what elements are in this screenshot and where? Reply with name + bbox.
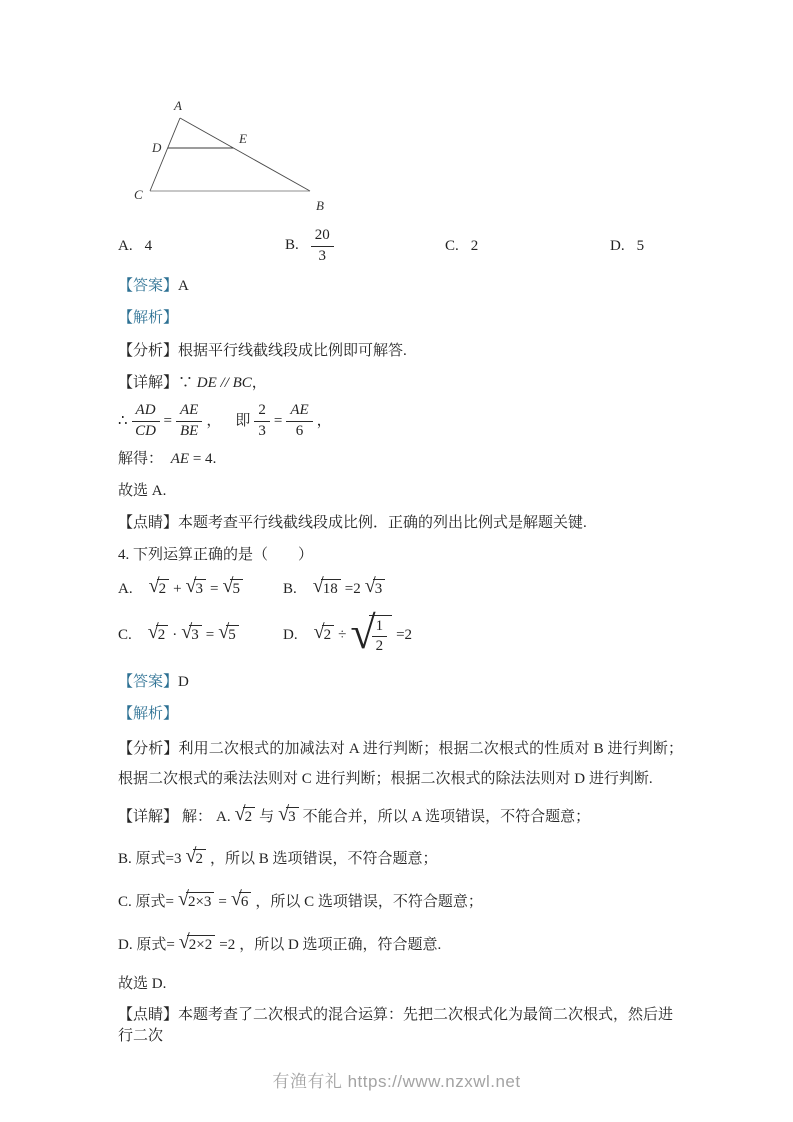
- fraction-denominator: 3: [254, 422, 270, 440]
- radical-sign: √: [223, 576, 234, 596]
- sqrt-2x3: √2×3: [178, 892, 214, 912]
- sqrt-5: √5: [223, 579, 243, 599]
- q3-option-d-label: D.: [610, 238, 625, 254]
- vertex-label-E: E: [238, 131, 247, 146]
- radical-sign: √: [181, 622, 192, 642]
- q4-guxuan-text: 故选 D.: [118, 976, 166, 992]
- sqrt-2: √2: [148, 625, 168, 645]
- fraction-AD-CD: ADCD: [132, 402, 160, 440]
- radical-sign: √: [179, 932, 190, 952]
- sqrt-3: √3: [186, 579, 206, 599]
- q3-option-b: B.203: [285, 227, 445, 265]
- q4-jiexi-line: 【解析】: [118, 704, 683, 724]
- q4-detail-d-pre: D. 原式=: [118, 935, 175, 955]
- jiexi-tag: 【解析】: [118, 310, 178, 326]
- q4-option-b-label: B.: [283, 581, 297, 598]
- radical-sign: √: [314, 622, 325, 642]
- because-symbol: ∵: [178, 375, 193, 391]
- q3-dianjing-text: 【点睛】本题考查平行线截线段成比例．正确的列出比例式是解题关键.: [118, 515, 587, 531]
- sqrt-6: √6: [231, 892, 251, 912]
- site-footer: 有渔有礼 https://www.nzxwl.net: [0, 1067, 793, 1092]
- q3-answer-line: 【答案】A: [118, 276, 683, 296]
- q4-detail-d-rest: ，所以 D 选项正确，符合题意.: [239, 935, 441, 955]
- sqrt-2: √2: [314, 625, 334, 645]
- q4-detail-c-line: C. 原式= √2×3 = √6 ，所以 C 选项错误，不符合题意；: [118, 888, 683, 916]
- jie-text: 解：: [182, 807, 212, 827]
- fraction-denominator: 6: [286, 422, 312, 440]
- period: .: [213, 451, 217, 467]
- q3-option-a-value: 4: [145, 238, 153, 254]
- q3-dianjing-line: 【点睛】本题考查平行线截线段成比例．正确的列出比例式是解题关键.: [118, 513, 683, 533]
- solve-variable: AE: [171, 451, 189, 467]
- q3-solve-line: 解得： AE = 4.: [118, 449, 683, 469]
- radical-sign: √: [218, 622, 229, 642]
- radicand: 2×3: [186, 892, 214, 911]
- radical-sign: √: [365, 576, 376, 596]
- q3-answer-value: A: [178, 278, 189, 294]
- jiede-text: 解得：: [118, 451, 163, 467]
- jiexi-tag: 【解析】: [118, 706, 178, 722]
- sqrt-3: √3: [278, 807, 298, 827]
- answer-tag: 【答案】: [118, 278, 178, 294]
- q4-option-b: B. √18 =2 √3: [283, 579, 683, 599]
- yu-text: 与: [259, 807, 274, 827]
- q3-option-c-label: C.: [445, 238, 459, 254]
- q4-option-a-label: A.: [118, 581, 133, 598]
- page-content: A D E C B A.4 B.203 C.2 D.5 【答案】A: [0, 0, 793, 1046]
- edge-AB: [180, 118, 310, 191]
- equals-sign: =: [218, 892, 226, 912]
- q4-option-c-label: C.: [118, 627, 132, 644]
- sqrt-2: √2: [185, 849, 205, 869]
- q4-option-c: C. √2 · √3 = √5: [118, 625, 283, 645]
- q3-fenxi-line: 【分析】根据平行线截线段成比例即可解答.: [118, 341, 683, 361]
- q3-option-c-value: 2: [471, 238, 479, 254]
- ji-text: 即: [235, 411, 250, 431]
- radical-sign: √: [278, 804, 289, 824]
- radical-sign: √: [185, 846, 196, 866]
- q3-option-b-label: B.: [285, 237, 299, 253]
- divide-sign: ÷: [338, 627, 346, 644]
- q4-guxuan-line: 故选 D.: [118, 974, 683, 994]
- fraction-denominator: CD: [132, 422, 160, 440]
- sqrt-2: √2: [235, 807, 255, 827]
- plus-sign: +: [173, 581, 181, 598]
- equals-sign: =: [210, 581, 218, 598]
- option-a-ref: A.: [216, 807, 231, 827]
- q4-title: 4. 下列运算正确的是（ ）: [118, 545, 683, 565]
- vertex-label-D: D: [151, 140, 162, 155]
- vertex-label-C: C: [134, 187, 143, 202]
- fraction-AE-BE: AEBE: [176, 402, 202, 440]
- radicand: 2×2: [187, 935, 215, 954]
- fraction-numerator: AD: [132, 402, 160, 421]
- q4-option-d-label: D.: [283, 627, 298, 644]
- radical-sign: √: [148, 622, 159, 642]
- q3-options-row: A.4 B.203 C.2 D.5: [118, 226, 683, 266]
- q4-title-text: 4. 下列运算正确的是（ ）: [118, 547, 313, 563]
- q3-condition: DE // BC: [197, 375, 252, 391]
- fraction-AE-6: AE6: [286, 402, 312, 440]
- q4-detail-d-line: D. 原式= √2×2 =2 ，所以 D 选项正确，符合题意.: [118, 930, 683, 960]
- q4-detail-a-rest: 不能合并，所以 A 选项错误，不符合题意；: [303, 807, 591, 827]
- q4-fenxi-paragraph: 【分析】利用二次根式的加减法对 A 进行判断；根据二次根式的性质对 B 进行判断…: [118, 734, 683, 794]
- q3-xiangjie-line: 【详解】∵ DE // BC，: [118, 373, 683, 393]
- equals-2: =2: [219, 935, 235, 955]
- sqrt-2: √2: [149, 579, 169, 599]
- q4-detail-c-pre: C. 原式=: [118, 892, 174, 912]
- comma: ，: [317, 411, 332, 431]
- q3-option-a: A.4: [118, 238, 285, 255]
- q4-options-grid: A. √2 + √3 = √5 B. √18 =2 √3 C. √2 · √3 …: [118, 579, 683, 656]
- q3-option-a-label: A.: [118, 238, 133, 254]
- equals-sign: =: [164, 411, 172, 431]
- sqrt-5: √5: [218, 625, 238, 645]
- vertex-label-B: B: [316, 198, 324, 213]
- triangle-svg: A D E C B: [130, 96, 342, 216]
- q4-option-a: A. √2 + √3 = √5: [118, 579, 283, 599]
- solve-value: = 4: [193, 451, 213, 467]
- vertex-label-A: A: [173, 98, 182, 113]
- q4-answer-value: D: [178, 674, 189, 690]
- q4-option-d: D. √2 ÷ √12 =2: [283, 615, 683, 656]
- fraction-numerator: AE: [286, 402, 312, 421]
- radical-sign: √: [149, 576, 160, 596]
- xiangjie-tag: 【详解】: [118, 375, 178, 391]
- q4-answer-line: 【答案】D: [118, 672, 683, 692]
- q3-option-d-value: 5: [637, 238, 645, 254]
- q3-proportion-line: ∴ ADCD = AEBE ， 即 23 = AE6 ，: [118, 401, 683, 441]
- q4-fenxi-text: 【分析】利用二次根式的加减法对 A 进行判断；根据二次根式的性质对 B 进行判断…: [118, 741, 683, 787]
- multiply-dot: ·: [172, 627, 177, 644]
- q3-guxuan-text: 故选 A.: [118, 483, 166, 499]
- radical-sign: √: [186, 576, 197, 596]
- q3-option-d: D.5: [610, 238, 683, 255]
- radical-sign: √: [235, 804, 246, 824]
- fraction-2-3: 23: [254, 402, 270, 440]
- answer-tag: 【答案】: [118, 674, 178, 690]
- q4-detail-b-line: B. 原式=3 √2 ，所以 B 选项错误，不符合题意；: [118, 846, 683, 872]
- footer-text: 有渔有礼 https://www.nzxwl.net: [272, 1072, 520, 1091]
- equals-sign: =: [206, 627, 214, 644]
- q4-detail-b-pre: B. 原式=3: [118, 849, 181, 869]
- q4-detail-a-line: 【详解】解：A. √2 与 √3 不能合并，所以 A 选项错误，不符合题意；: [118, 804, 683, 830]
- radical-sign: √: [313, 576, 324, 596]
- q4-detail-b-rest: ，所以 B 选项错误，不符合题意；: [210, 849, 438, 869]
- sqrt-18: √18: [313, 579, 341, 599]
- q4-detail-c-rest: ，所以 C 选项错误，不符合题意；: [255, 892, 483, 912]
- q3-option-b-fraction: 203: [311, 227, 334, 265]
- q4-dianjing-line: 【点睛】本题考查了二次根式的混合运算：先把二次根式化为最简二次根式，然后进行二次: [118, 1005, 683, 1046]
- q4-dianjing-text: 【点睛】本题考查了二次根式的混合运算：先把二次根式化为最简二次根式，然后进行二次: [118, 1007, 673, 1043]
- equals-2: =2: [345, 581, 361, 598]
- sqrt-one-half: √12: [350, 615, 392, 656]
- comma: ，: [206, 411, 221, 431]
- xiangjie-tag: 【详解】: [118, 807, 178, 827]
- document-page: A D E C B A.4 B.203 C.2 D.5 【答案】A: [0, 0, 793, 1122]
- radical-sign: √: [350, 615, 375, 652]
- sqrt-2x2: √2×2: [179, 935, 215, 955]
- radical-sign: √: [231, 889, 242, 909]
- q3-jiexi-line: 【解析】: [118, 308, 683, 328]
- fraction-denominator: BE: [176, 422, 202, 440]
- fraction-denominator: 3: [311, 247, 334, 265]
- q3-fenxi-text: 【分析】根据平行线截线段成比例即可解答.: [118, 343, 407, 359]
- fraction-numerator: AE: [176, 402, 202, 421]
- triangle-figure: A D E C B: [130, 96, 683, 216]
- fraction-numerator: 20: [311, 227, 334, 246]
- radical-sign: √: [178, 889, 189, 909]
- equals-sign: =: [274, 411, 282, 431]
- q3-option-c: C.2: [445, 238, 610, 255]
- q3-guxuan-line: 故选 A.: [118, 481, 683, 501]
- equals-2: =2: [396, 627, 412, 644]
- fraction-numerator: 2: [254, 402, 270, 421]
- sqrt-3: √3: [365, 579, 385, 599]
- comma: ，: [252, 375, 267, 391]
- sqrt-3: √3: [181, 625, 201, 645]
- therefore-symbol: ∴: [118, 411, 128, 431]
